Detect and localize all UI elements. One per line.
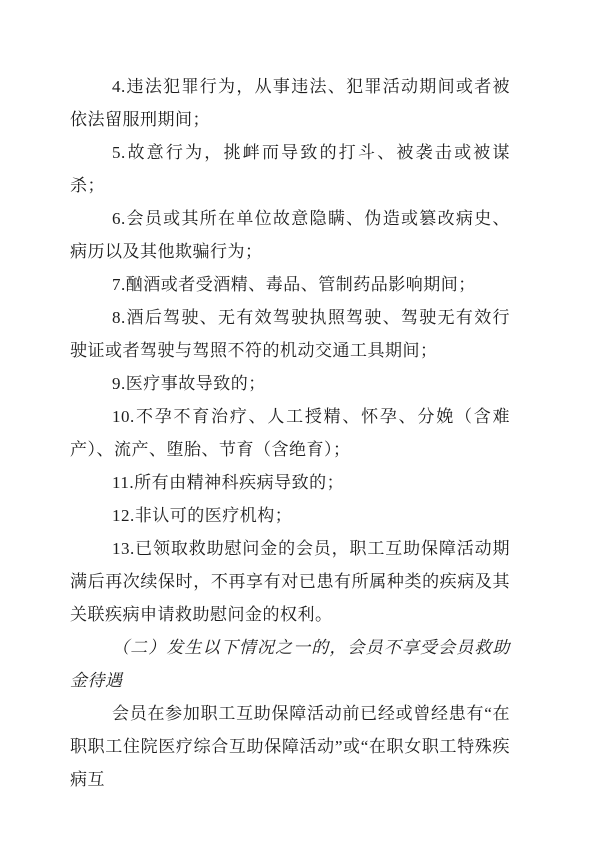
clause-4: 4.违法犯罪行为，从事违法、犯罪活动期间或者被依法留服刑期间； [70,70,510,136]
clause-8: 8.酒后驾驶、无有效驾驶执照驾驶、驾驶无有效行驶证或者驾驶与驾照不符的机动交通工… [70,301,510,367]
section-heading-2: （二）发生以下情况之一的，会员不享受会员救助金待遇 [70,631,510,697]
clause-6: 6.会员或其所在单位故意隐瞒、伪造或篡改病史、病历以及其他欺骗行为； [70,202,510,268]
clause-10: 10.不孕不育治疗、人工授精、怀孕、分娩（含难产）、流产、堕胎、节育（含绝育）； [70,400,510,466]
clause-13: 13.已领取救助慰问金的会员，职工互助保障活动期满后再次续保时，不再享有对已患有… [70,532,510,631]
clause-12: 12.非认可的医疗机构； [70,499,510,532]
clause-7: 7.酗酒或者受酒精、毒品、管制药品影响期间； [70,268,510,301]
clause-5: 5.故意行为，挑衅而导致的打斗、被袭击或被谋杀； [70,136,510,202]
document-page: 4.违法犯罪行为，从事违法、犯罪活动期间或者被依法留服刑期间； 5.故意行为，挑… [0,0,600,848]
document-body: 4.违法犯罪行为，从事违法、犯罪活动期间或者被依法留服刑期间； 5.故意行为，挑… [70,70,510,796]
clause-9: 9.医疗事故导致的； [70,367,510,400]
clause-11: 11.所有由精神科疾病导致的； [70,466,510,499]
closing-paragraph: 会员在参加职工互助保障活动前已经或曾经患有“在职职工住院医疗综合互助保障活动”或… [70,697,510,796]
